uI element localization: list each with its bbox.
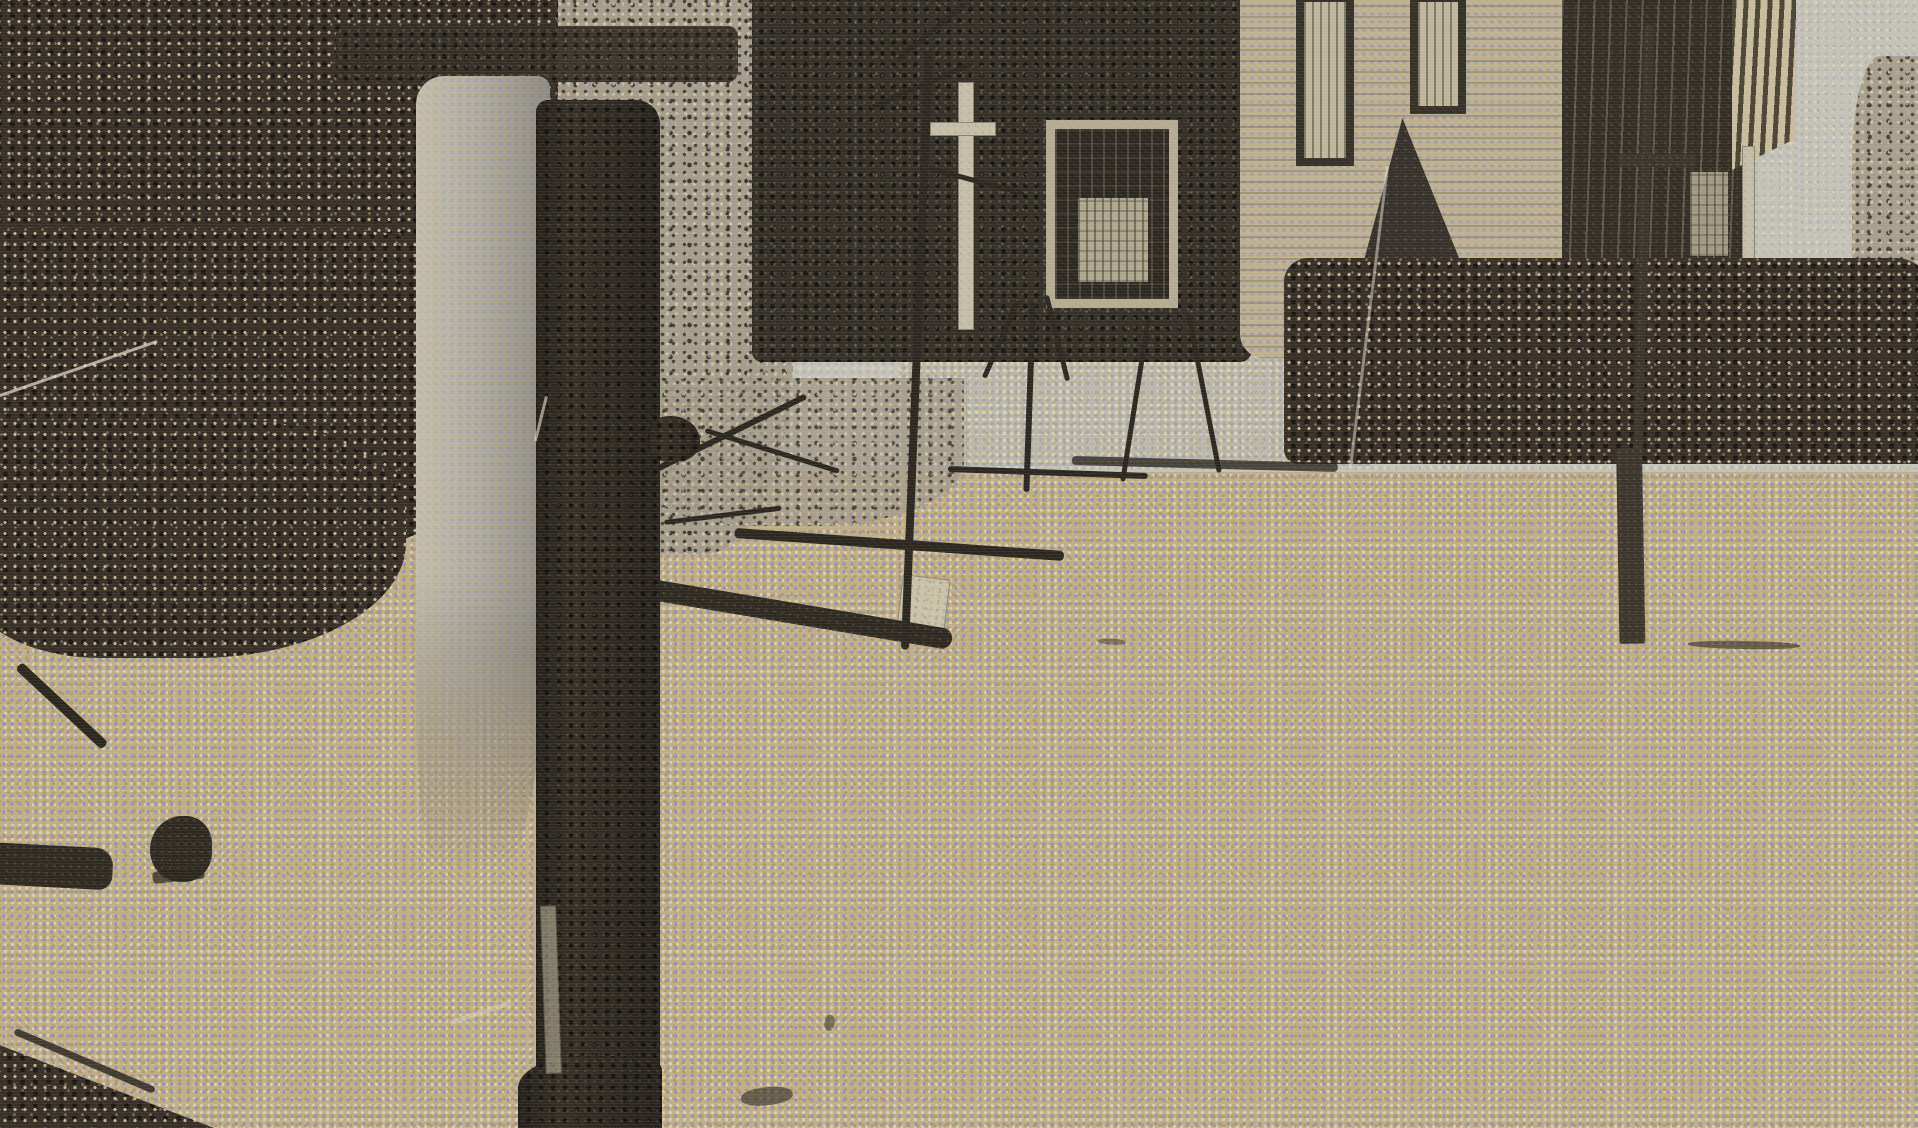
grass-tuft-3 (1098, 638, 1126, 645)
stump-base-flare (518, 1056, 662, 1128)
pole-crossarm (1618, 154, 1696, 167)
fallen-branch-upper (734, 528, 1064, 561)
grass-tuft-2 (823, 1014, 836, 1031)
building-window (1690, 172, 1728, 256)
corner-shadow (0, 1038, 214, 1128)
house-downspout (958, 82, 974, 330)
hedge-right (1284, 258, 1918, 464)
left-foliage-lower (0, 418, 406, 658)
newspaper-photo (0, 0, 1918, 1128)
bark-tick (450, 1001, 511, 1025)
downspout-crossbar (930, 122, 996, 136)
pole-base (1616, 448, 1645, 644)
right-house-window-left (1296, 0, 1354, 166)
left-ground-log (0, 842, 114, 891)
left-ground-stick (15, 662, 108, 750)
grass-tuft-4 (1688, 640, 1800, 650)
eave-bar (336, 26, 738, 82)
right-house-window-right (1410, 0, 1466, 114)
door-inner-panel (1078, 198, 1148, 282)
stump-light-side (416, 76, 550, 876)
grass-tuft-1 (740, 1085, 794, 1108)
